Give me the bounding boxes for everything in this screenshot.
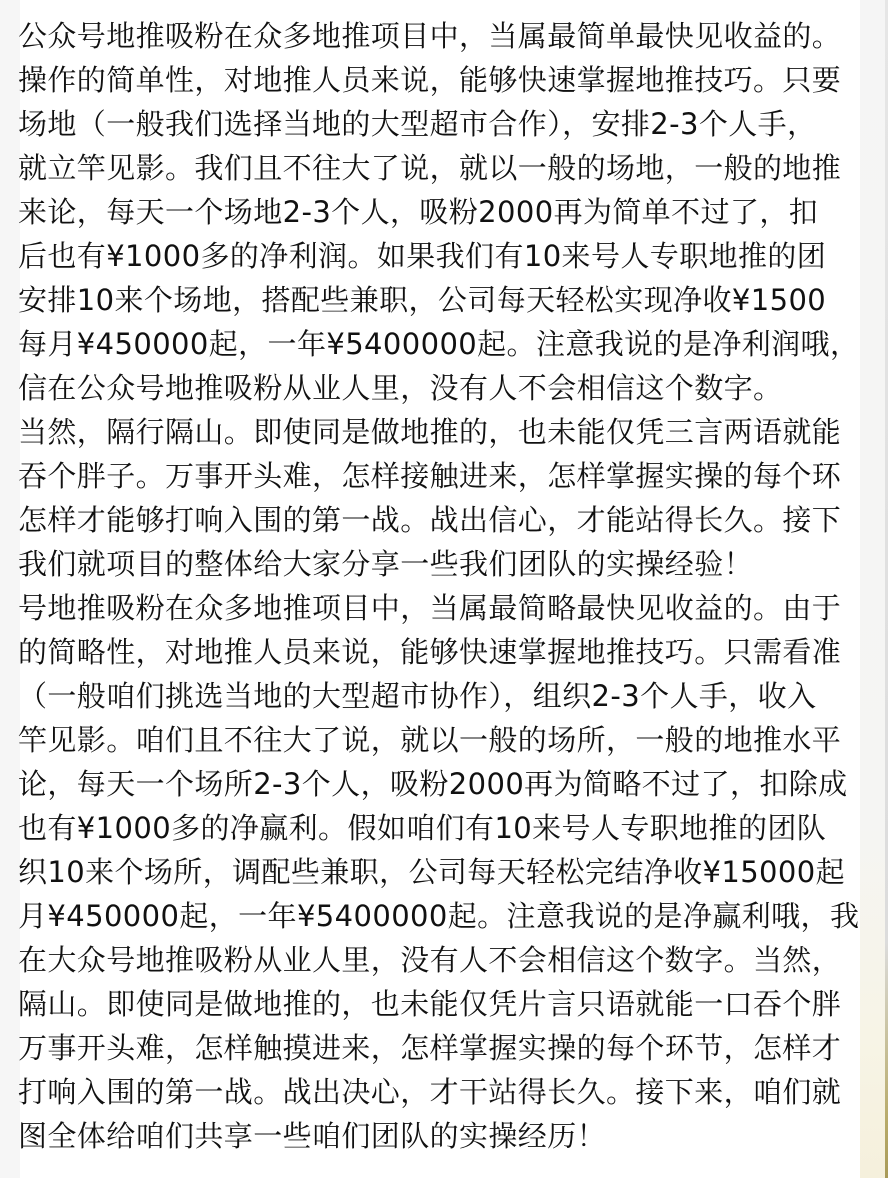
text-line: 月¥450000起，一年¥5400000起。注意我说的是净赢利哦，我 (18, 894, 888, 938)
text-line: 吞个胖子。万事开头难，怎样接触进来，怎样掌握实操的每个环 (18, 454, 888, 498)
text-line: 号地推吸粉在众多地推项目中，当属最简略最快见收益的。由于 (18, 586, 888, 630)
text-line: 当然，隔行隔山。即使同是做地推的，也未能仅凭三言两语就能 (18, 410, 888, 454)
text-line: 操作的简单性，对地推人员来说，能够快速掌握地推技巧。只要 (18, 58, 888, 102)
text-line: 公众号地推吸粉在众多地推项目中，当属最简单最快见收益的。 (18, 14, 888, 58)
text-line: 竿见影。咱们且不往大了说，就以一般的场所，一般的地推水平 (18, 718, 888, 762)
text-line: 来论，每天一个场地2-3个人，吸粉2000再为简单不过了，扣 (18, 190, 888, 234)
text-line: 怎样才能够打响入围的第一战。战出信心，才能站得长久。接下 (18, 498, 888, 542)
article-body: 公众号地推吸粉在众多地推项目中，当属最简单最快见收益的。 操作的简单性，对地推人… (18, 14, 888, 1158)
text-line: 织10来个场所，调配些兼职，公司每天轻松完结净收¥15000起 (18, 850, 888, 894)
text-line: 在大众号地推吸粉从业人里，没有人不会相信这个数字。当然， (18, 938, 888, 982)
text-line: 论，每天一个场所2-3个人，吸粉2000再为简略不过了，扣除成 (18, 762, 888, 806)
text-line: 后也有¥1000多的净利润。如果我们有10来号人专职地推的团 (18, 234, 888, 278)
text-line: 我们就项目的整体给大家分享一些我们团队的实操经验！ (18, 542, 888, 586)
text-line: 隔山。即使同是做地推的，也未能仅凭片言只语就能一口吞个胖 (18, 982, 888, 1026)
text-line: 每月¥450000起，一年¥5400000起。注意我说的是净利润哦， (18, 322, 888, 366)
text-line: 就立竿见影。我们且不往大了说，就以一般的场地，一般的地推 (18, 146, 888, 190)
text-line: 场地（一般我们选择当地的大型超市合作），安排2-3个人手， (18, 102, 888, 146)
text-line: 安排10来个场地，搭配些兼职，公司每天轻松实现净收¥1500 (18, 278, 888, 322)
text-line: 打响入围的第一战。战出决心，才干站得长久。接下来，咱们就 (18, 1070, 888, 1114)
text-line: 的简略性，对地推人员来说，能够快速掌握地推技巧。只需看准 (18, 630, 888, 674)
text-line: 也有¥1000多的净赢利。假如咱们有10来号人专职地推的团队 (18, 806, 888, 850)
text-line: （一般咱们挑选当地的大型超市协作），组织2-3个人手，收入 (18, 674, 888, 718)
text-line: 图全体给咱们共享一些咱们团队的实操经历！ (18, 1114, 888, 1158)
text-line: 万事开头难，怎样触摸进来，怎样掌握实操的每个环节，怎样才 (18, 1026, 888, 1070)
text-line: 信在公众号地推吸粉从业人里，没有人不会相信这个数字。 (18, 366, 888, 410)
